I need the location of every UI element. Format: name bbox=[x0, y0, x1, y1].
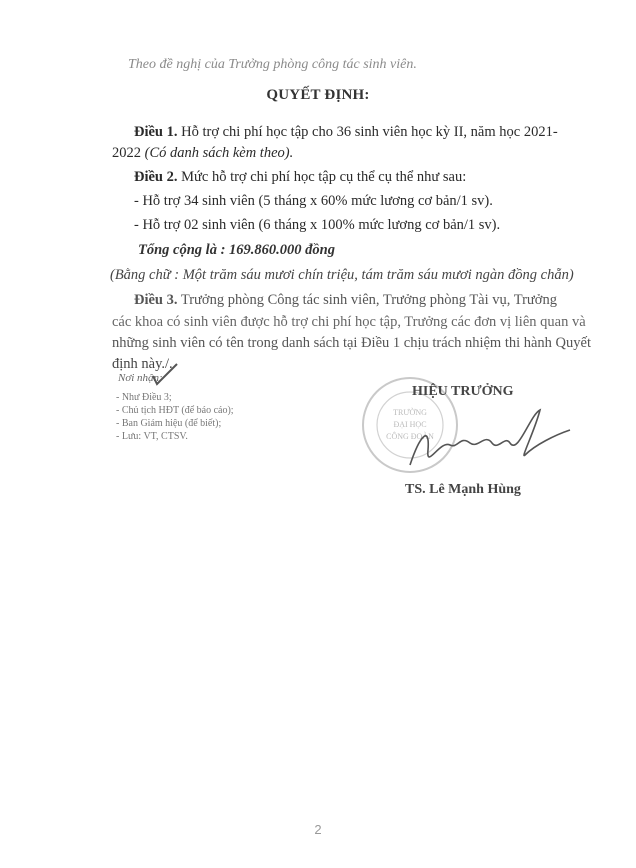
intro-text: Theo đề nghị của Trưởng phòng công tác s… bbox=[128, 57, 417, 73]
article-3-text: Trưởng phòng Công tác sinh viên, Trưởng … bbox=[178, 292, 557, 308]
article-1-line: Điều 1. Hỗ trợ chi phí học tập cho 36 si… bbox=[134, 124, 558, 141]
recipient-item: - Chủ tịch HĐT (để báo cáo); bbox=[116, 405, 234, 416]
checkmark-icon bbox=[150, 362, 180, 388]
signer-title: HIỆU TRƯỞNG bbox=[412, 384, 514, 400]
decision-heading: QUYẾT ĐỊNH: bbox=[0, 87, 636, 104]
amount-in-words: (Bằng chữ : Một trăm sáu mươi chín triệu… bbox=[110, 267, 574, 284]
article-1-year: 2022 bbox=[112, 145, 145, 161]
article-1-continuation: 2022 (Có danh sách kèm theo). bbox=[112, 145, 293, 162]
article-2-line: Điều 2. Mức hỗ trợ chi phí học tập cụ th… bbox=[134, 169, 466, 186]
article-3-line: Điều 3. Trưởng phòng Công tác sinh viên,… bbox=[134, 292, 557, 309]
article-3-text: các khoa có sinh viên được hỗ trợ chi ph… bbox=[112, 314, 586, 331]
recipient-item: - Ban Giám hiệu (để biết); bbox=[116, 418, 221, 429]
article-1-text: Hỗ trợ chi phí học tập cho 36 sinh viên … bbox=[178, 124, 558, 140]
signature-icon bbox=[400, 405, 575, 480]
total-amount: Tổng cộng là : 169.860.000 đồng bbox=[138, 242, 335, 259]
signer-name: TS. Lê Mạnh Hùng bbox=[405, 482, 521, 498]
article-1-label: Điều 1. bbox=[134, 124, 178, 140]
article-1-note: (Có danh sách kèm theo). bbox=[145, 145, 294, 161]
article-3-label: Điều 3. bbox=[134, 292, 178, 308]
article-2-text: Mức hỗ trợ chi phí học tập cụ thể cụ thể… bbox=[178, 169, 467, 185]
article-2-item: - Hỗ trợ 02 sinh viên (6 tháng x 100% mứ… bbox=[134, 217, 500, 234]
article-3-text: những sinh viên có tên trong danh sách t… bbox=[112, 335, 591, 352]
article-2-label: Điều 2. bbox=[134, 169, 178, 185]
recipient-item: - Như Điều 3; bbox=[116, 392, 172, 403]
page-number: 2 bbox=[0, 822, 636, 837]
recipient-item: - Lưu: VT, CTSV. bbox=[116, 431, 188, 442]
article-2-item: - Hỗ trợ 34 sinh viên (5 tháng x 60% mức… bbox=[134, 193, 493, 210]
